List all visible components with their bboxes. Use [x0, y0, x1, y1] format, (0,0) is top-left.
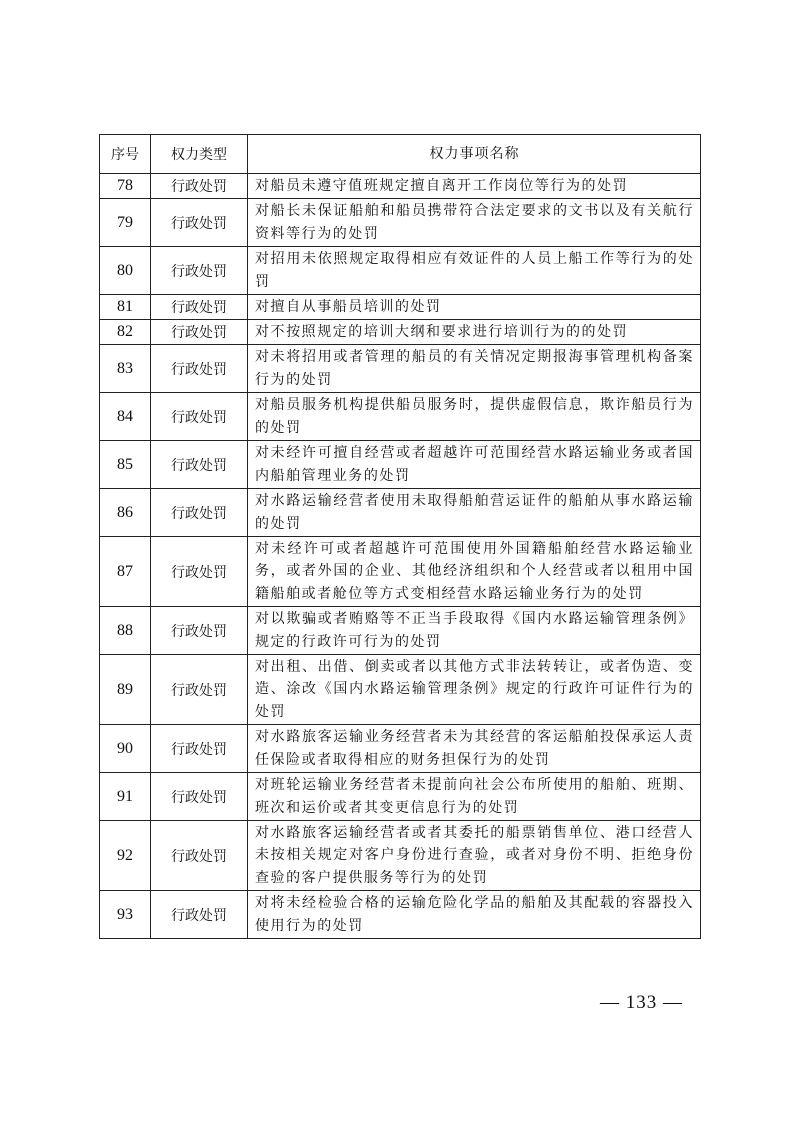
row-seq-no: 89 [100, 655, 151, 725]
row-power-item-name: 对船员未遵守值班规定擅自离开工作岗位等行为的处罚 [248, 174, 701, 199]
table-row: 83行政处罚对未将招用或者管理的船员的有关情况定期报海事管理机构备案行为的处罚 [100, 345, 701, 393]
table-row: 85行政处罚对未经许可擅自经营或者超越许可范围经营水路运输业务或者国内船舶管理业… [100, 441, 701, 489]
row-seq-no: 93 [100, 891, 151, 939]
table-row: 84行政处罚对船员服务机构提供船员服务时，提供虚假信息，欺诈船员行为的处罚 [100, 393, 701, 441]
row-power-type: 行政处罚 [151, 607, 248, 655]
row-seq-no: 78 [100, 174, 151, 199]
row-power-type: 行政处罚 [151, 537, 248, 607]
row-seq-no: 83 [100, 345, 151, 393]
row-seq-no: 82 [100, 320, 151, 345]
row-seq-no: 86 [100, 489, 151, 537]
row-power-item-name: 对将未经检验合格的运输危险化学品的船舶及其配载的容器投入使用行为的处罚 [248, 891, 701, 939]
row-power-type: 行政处罚 [151, 821, 248, 891]
row-power-item-name: 对擅自从事船员培训的处罚 [248, 295, 701, 320]
table-row: 87行政处罚对未经许可或者超越许可范围使用外国籍船舶经营水路运输业务，或者外国的… [100, 537, 701, 607]
row-power-item-name: 对船员服务机构提供船员服务时，提供虚假信息，欺诈船员行为的处罚 [248, 393, 701, 441]
row-power-type: 行政处罚 [151, 655, 248, 725]
row-power-type: 行政处罚 [151, 174, 248, 199]
row-power-item-name: 对未经许可擅自经营或者超越许可范围经营水路运输业务或者国内船舶管理业务的处罚 [248, 441, 701, 489]
table-row: 78行政处罚对船员未遵守值班规定擅自离开工作岗位等行为的处罚 [100, 174, 701, 199]
row-power-item-name: 对班轮运输业务经营者未提前向社会公布所使用的船舶、班期、班次和运价或者其变更信息… [248, 773, 701, 821]
table-row: 80行政处罚对招用未依照规定取得相应有效证件的人员上船工作等行为的处罚 [100, 247, 701, 295]
table-row: 92行政处罚对水路旅客运输经营者或者其委托的船票销售单位、港口经营人未按相关规定… [100, 821, 701, 891]
row-power-item-name: 对以欺骗或者贿赂等不正当手段取得《国内水路运输管理条例》规定的行政许可行为的处罚 [248, 607, 701, 655]
row-seq-no: 85 [100, 441, 151, 489]
row-power-item-name: 对未经许可或者超越许可范围使用外国籍船舶经营水路运输业务，或者外国的企业、其他经… [248, 537, 701, 607]
row-power-type: 行政处罚 [151, 247, 248, 295]
row-power-item-name: 对未将招用或者管理的船员的有关情况定期报海事管理机构备案行为的处罚 [248, 345, 701, 393]
row-power-item-name: 对不按照规定的培训大纲和要求进行培训行为的的处罚 [248, 320, 701, 345]
row-seq-no: 91 [100, 773, 151, 821]
header-seq-no: 序号 [100, 135, 151, 174]
row-power-item-name: 对招用未依照规定取得相应有效证件的人员上船工作等行为的处罚 [248, 247, 701, 295]
header-power-item-name: 权力事项名称 [248, 135, 701, 174]
row-power-type: 行政处罚 [151, 725, 248, 773]
row-seq-no: 90 [100, 725, 151, 773]
row-power-item-name: 对水路旅客运输经营者或者其委托的船票销售单位、港口经营人未按相关规定对客户身份进… [248, 821, 701, 891]
row-seq-no: 79 [100, 199, 151, 247]
table-row: 91行政处罚对班轮运输业务经营者未提前向社会公布所使用的船舶、班期、班次和运价或… [100, 773, 701, 821]
row-seq-no: 88 [100, 607, 151, 655]
row-power-item-name: 对水路运输经营者使用未取得船舶营运证件的船舶从事水路运输的处罚 [248, 489, 701, 537]
row-seq-no: 92 [100, 821, 151, 891]
page-number: — 133 — [600, 992, 683, 1014]
row-seq-no: 84 [100, 393, 151, 441]
row-seq-no: 80 [100, 247, 151, 295]
row-power-type: 行政处罚 [151, 393, 248, 441]
row-seq-no: 87 [100, 537, 151, 607]
table-row: 82行政处罚对不按照规定的培训大纲和要求进行培训行为的的处罚 [100, 320, 701, 345]
row-power-type: 行政处罚 [151, 489, 248, 537]
row-seq-no: 81 [100, 295, 151, 320]
table-row: 88行政处罚对以欺骗或者贿赂等不正当手段取得《国内水路运输管理条例》规定的行政许… [100, 607, 701, 655]
row-power-type: 行政处罚 [151, 320, 248, 345]
row-power-item-name: 对水路旅客运输业务经营者未为其经营的客运船舶投保承运人责任保险或者取得相应的财务… [248, 725, 701, 773]
row-power-item-name: 对船长未保证船舶和船员携带符合法定要求的文书以及有关航行资料等行为的处罚 [248, 199, 701, 247]
row-power-type: 行政处罚 [151, 891, 248, 939]
row-power-type: 行政处罚 [151, 441, 248, 489]
table-row: 81行政处罚对擅自从事船员培训的处罚 [100, 295, 701, 320]
table-body: 78行政处罚对船员未遵守值班规定擅自离开工作岗位等行为的处罚79行政处罚对船长未… [100, 174, 701, 939]
row-power-type: 行政处罚 [151, 773, 248, 821]
power-items-table: 序号 权力类型 权力事项名称 78行政处罚对船员未遵守值班规定擅自离开工作岗位等… [99, 134, 701, 939]
row-power-item-name: 对出租、出借、倒卖或者以其他方式非法转转让，或者伪造、变造、涂改《国内水路运输管… [248, 655, 701, 725]
row-power-type: 行政处罚 [151, 345, 248, 393]
table-row: 86行政处罚对水路运输经营者使用未取得船舶营运证件的船舶从事水路运输的处罚 [100, 489, 701, 537]
table-row: 89行政处罚对出租、出借、倒卖或者以其他方式非法转转让，或者伪造、变造、涂改《国… [100, 655, 701, 725]
table-row: 93行政处罚对将未经检验合格的运输危险化学品的船舶及其配载的容器投入使用行为的处… [100, 891, 701, 939]
table-row: 79行政处罚对船长未保证船舶和船员携带符合法定要求的文书以及有关航行资料等行为的… [100, 199, 701, 247]
table-row: 90行政处罚对水路旅客运输业务经营者未为其经营的客运船舶投保承运人责任保险或者取… [100, 725, 701, 773]
header-power-type: 权力类型 [151, 135, 248, 174]
row-power-type: 行政处罚 [151, 199, 248, 247]
row-power-type: 行政处罚 [151, 295, 248, 320]
table-header-row: 序号 权力类型 权力事项名称 [100, 135, 701, 174]
